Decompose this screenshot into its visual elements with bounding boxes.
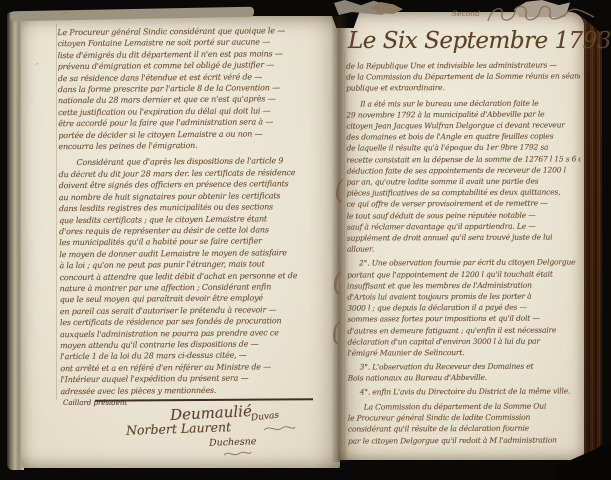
manuscript-line: 2°. Une observation fournie par écrit du…	[347, 257, 581, 269]
manuscript-line: l'émigré Maunier de Selincourt.	[347, 346, 581, 358]
manuscript-line: Bois nationaux au Bureau d'Abbeville.	[348, 372, 582, 384]
flourish-word: Second	[452, 9, 480, 18]
manuscript-line: par le citoyen Delgorgue qu'il redoit à …	[348, 434, 582, 446]
manuscript-line: allouer.	[347, 243, 581, 255]
manuscript-line: encourra les peines de l'émigration.	[58, 139, 324, 153]
margin-crease	[344, 52, 345, 454]
heading-date: Le Six Septembre 1793	[348, 28, 611, 54]
manuscript-line: 4°. enfin L'avis du Directoire du Distri…	[348, 385, 582, 397]
manuscript-line: de la Commission du Département de la So…	[346, 71, 580, 83]
right-page-text: de la République Une et indivisible les …	[346, 59, 582, 452]
signature-president: Caillard président	[63, 399, 127, 407]
page-heading: Le Six Septembre 1793l'an deux	[348, 28, 611, 54]
manuscript-line: ce qui offre de verser provisoirement et…	[347, 198, 581, 210]
manuscript-line: supplément de droit annuel qu'il sera tr…	[347, 231, 581, 243]
signature: Duchesne	[209, 436, 257, 449]
ink-mark: ,	[36, 58, 38, 66]
manuscript-scan: , , Le Procureur général Sindic considér…	[0, 0, 611, 480]
manuscript-line: adressée avec les pièces y mentionnées.	[60, 383, 326, 397]
ink-mark: ,	[63, 7, 65, 15]
paraph-flourish-icon	[262, 424, 296, 434]
left-page-text: Le Procureur général Sindic considérant …	[57, 25, 326, 405]
stacked-pages-edge-right	[581, 16, 602, 462]
manuscript-line: de laquelle il résulte qu'à l'époque du …	[346, 142, 580, 154]
manuscript-line: déduction faite de ses appointements de …	[347, 164, 581, 176]
flourish-icon	[486, 3, 598, 29]
manuscript-line: doivent être signés des officiers en pré…	[59, 178, 325, 192]
manuscript-line: portant que l'appointement de 1200 l qu'…	[347, 268, 581, 280]
manuscript-line: d'autres en demeure fatiguant ; qu'enfin…	[347, 324, 581, 336]
manuscript-line: publique et extraordinaire.	[346, 82, 580, 94]
paraph-flourish-icon	[222, 450, 252, 459]
